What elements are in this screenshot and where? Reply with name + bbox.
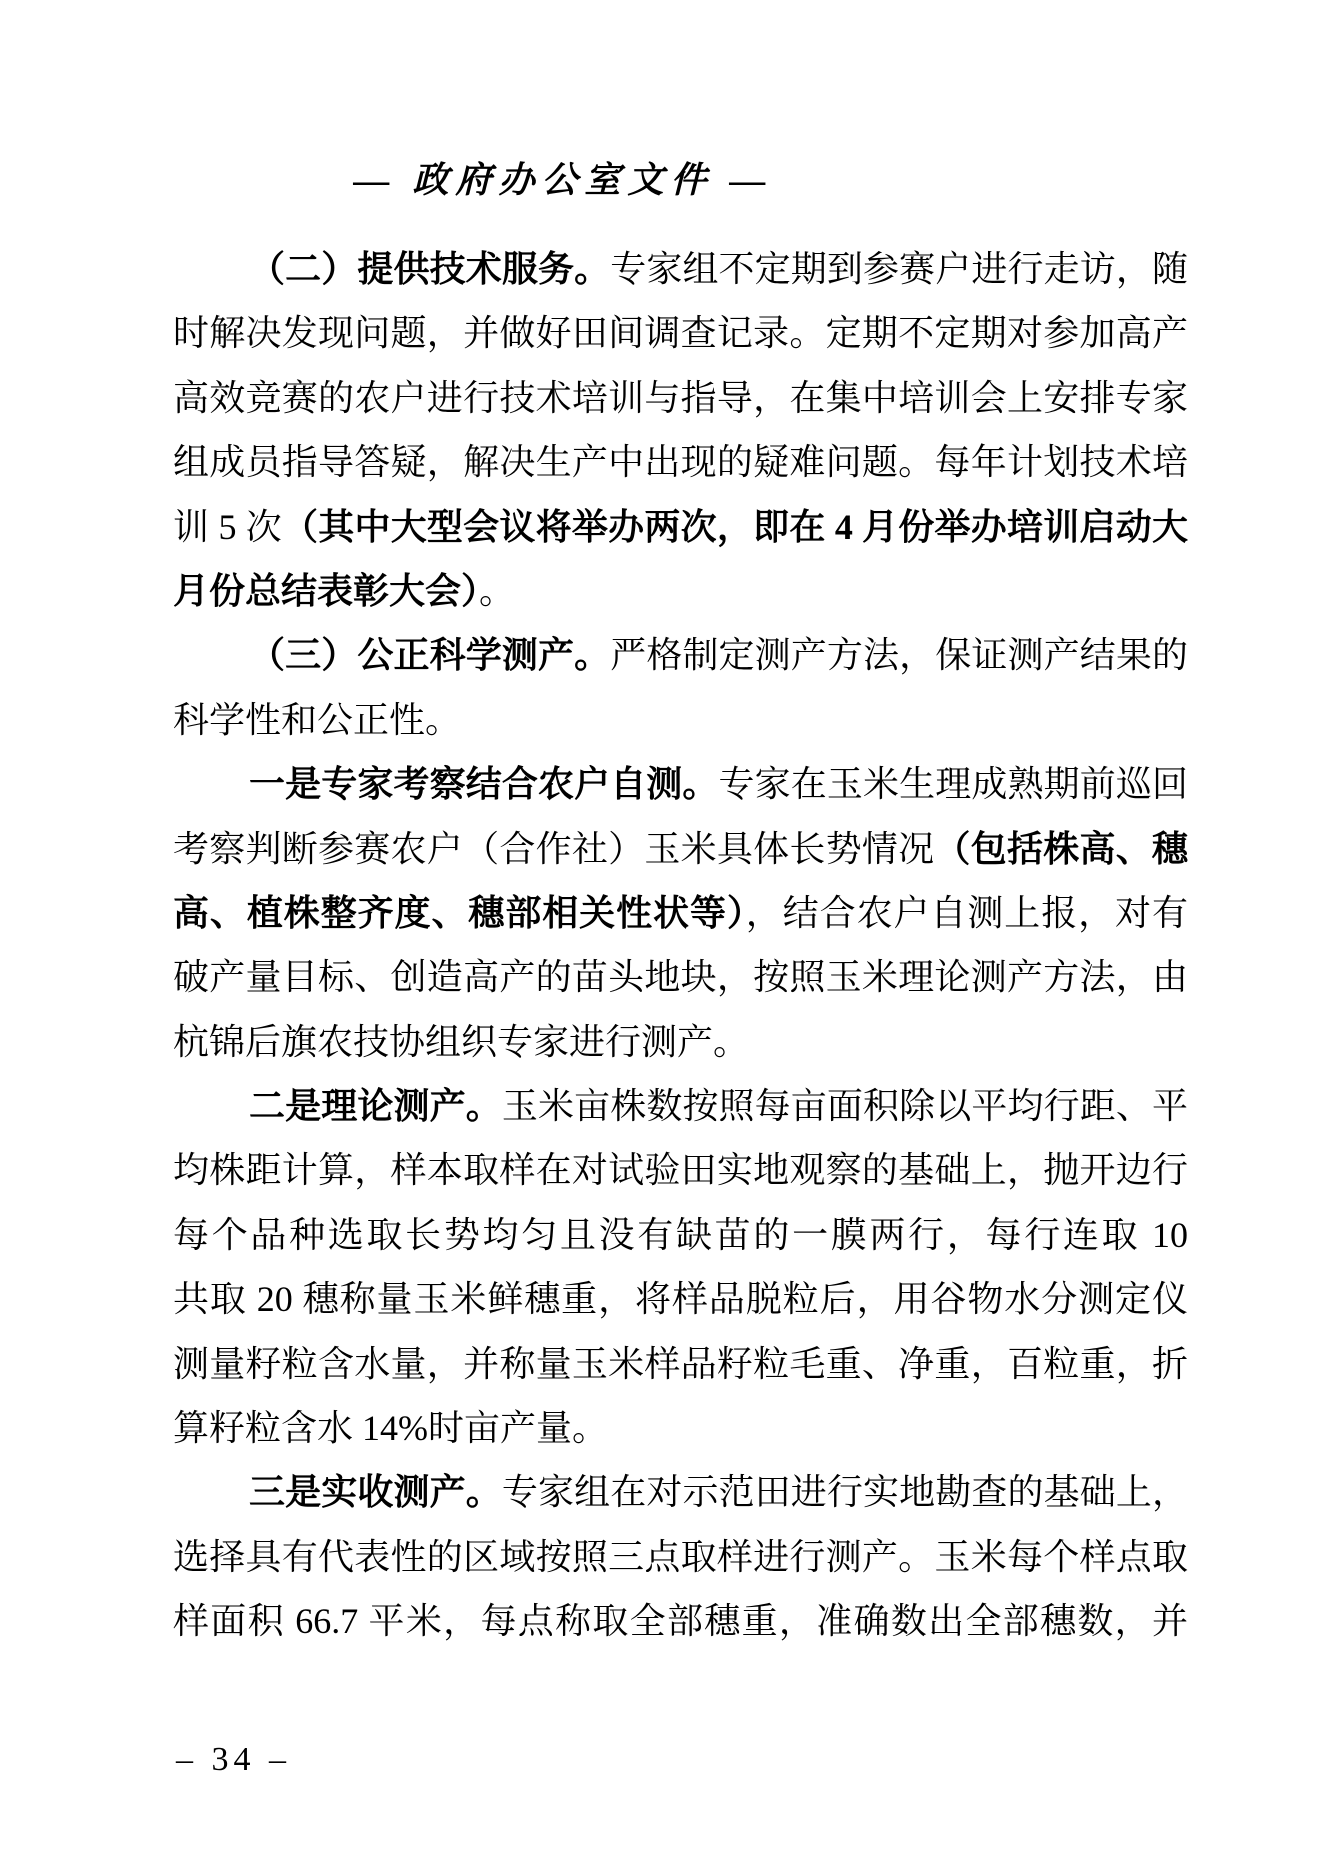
text-run: 选择具有代表性的区域按照三点取样进行测产。玉米每个样点取: [173, 1537, 1188, 1577]
text-run: 高效竞赛的农户进行技术培训与指导，在集中培训会上安排专家: [173, 378, 1188, 418]
page-number: – 34 –: [176, 1740, 291, 1780]
paragraph: （三）公正科学测产。严格制定测产方法，保证测产结果的科学性和公正性。: [173, 623, 1188, 752]
text-line: 高、植株整齐度、穗部相关性状等），结合农户自测上报，对有望突: [173, 881, 1188, 945]
text-run: 专家组不定期到参赛户进行走访，随: [610, 249, 1188, 289]
paragraph: 一是专家考察结合农户自测。专家在玉米生理成熟期前巡回考察判断参赛农户（合作社）玉…: [173, 752, 1188, 1074]
text-run: 样面积 66.7 平米，每点称取全部穗重，准确数出全部穗数，并: [173, 1601, 1188, 1641]
text-run: 考察判断参赛农户（合作社）玉米具体长势情况: [173, 829, 934, 869]
text-line: 破产量目标、创造高产的苗头地块，按照玉米理论测产方法，由: [173, 945, 1188, 1009]
text-line: 杭锦后旗农技协组织专家进行测产。: [173, 1010, 1188, 1074]
text-line: 每个品种选取长势均匀且没有缺苗的一膜两行，每行连取 10 穗，: [173, 1203, 1188, 1267]
text-run: 。: [479, 571, 515, 611]
text-line: 均株距计算，样本取样在对试验田实地观察的基础上，抛开边行: [173, 1138, 1188, 1202]
text-line: 月份总结表彰大会）。: [173, 559, 1188, 623]
paragraph: （二）提供技术服务。专家组不定期到参赛户进行走访，随时解决发现问题，并做好田间调…: [173, 237, 1188, 623]
text-line: 训 5 次（其中大型会议将举办两次，即在 4 月份举办培训启动大会和 11: [173, 495, 1188, 559]
text-line: （二）提供技术服务。专家组不定期到参赛户进行走访，随: [173, 237, 1188, 301]
paragraph: 三是实收测产。专家组在对示范田进行实地勘查的基础上，选择具有代表性的区域按照三点…: [173, 1460, 1188, 1653]
text-run: 二是理论测产。: [249, 1086, 502, 1126]
document-page: — 政府办公室文件 — （二）提供技术服务。专家组不定期到参赛户进行走访，随时解…: [0, 0, 1323, 1871]
text-line: 算籽粒含水 14%时亩产量。: [173, 1396, 1188, 1460]
text-run: 每个品种选取长势均匀且没有缺苗的一膜两行，每行连取 10 穗，: [173, 1215, 1188, 1267]
text-run: 高、植株整齐度、穗部相关性状等）: [173, 893, 746, 933]
text-run: 杭锦后旗农技协组织专家进行测产。: [173, 1022, 749, 1062]
text-run: 一是专家考察结合农户自测。: [249, 764, 719, 804]
text-run: （其中大型会议将举办两次，即在 4 月份举办培训启动大会和 11: [173, 507, 1188, 559]
text-run: 月份总结表彰大会）: [173, 571, 479, 611]
text-line: 二是理论测产。玉米亩株数按照每亩面积除以平均行距、平: [173, 1074, 1188, 1138]
text-line: 时解决发现问题，并做好田间调查记录。定期不定期对参加高产: [173, 301, 1188, 365]
text-line: 共取 20 穗称量玉米鲜穗重，将样品脱粒后，用谷物水分测定仪: [173, 1267, 1188, 1331]
text-line: 组成员指导答疑，解决生产中出现的疑难问题。每年计划技术培: [173, 430, 1188, 494]
text-line: 高效竞赛的农户进行技术培训与指导，在集中培训会上安排专家: [173, 366, 1188, 430]
document-body: （二）提供技术服务。专家组不定期到参赛户进行走访，随时解决发现问题，并做好田间调…: [173, 237, 1188, 1654]
text-run: （三）公正科学测产。: [249, 635, 610, 675]
text-run: 破产量目标、创造高产的苗头地块，按照玉米理论测产方法，由: [173, 957, 1188, 997]
text-line: 考察判断参赛农户（合作社）玉米具体长势情况（包括株高、穗位: [173, 817, 1188, 881]
text-run: 共取 20 穗称量玉米鲜穗重，将样品脱粒后，用谷物水分测定仪: [173, 1279, 1188, 1319]
text-run: 专家组在对示范田进行实地勘查的基础上，: [502, 1472, 1188, 1512]
text-run: 严格制定测产方法，保证测产结果的: [610, 635, 1188, 675]
text-line: 测量籽粒含水量，并称量玉米样品籽粒毛重、净重，百粒重，折: [173, 1332, 1188, 1396]
text-run: 算籽粒含水 14%时亩产量。: [173, 1408, 608, 1448]
text-line: 三是实收测产。专家组在对示范田进行实地勘查的基础上，: [173, 1460, 1188, 1524]
text-run: 训 5 次: [173, 507, 282, 547]
text-line: 样面积 66.7 平米，每点称取全部穗重，准确数出全部穗数，并: [173, 1589, 1188, 1653]
text-run: 时解决发现问题，并做好田间调查记录。定期不定期对参加高产: [173, 313, 1188, 353]
text-run: 专家在玉米生理成熟期前巡回: [719, 764, 1188, 804]
text-line: （三）公正科学测产。严格制定测产方法，保证测产结果的: [173, 623, 1188, 687]
text-run: 三是实收测产。: [249, 1472, 502, 1512]
text-run: 科学性和公正性。: [173, 700, 461, 740]
paragraph: 二是理论测产。玉米亩株数按照每亩面积除以平均行距、平均株距计算，样本取样在对试验…: [173, 1074, 1188, 1460]
text-run: 玉米亩株数按照每亩面积除以平均行距、平: [502, 1086, 1188, 1126]
text-run: 均株距计算，样本取样在对试验田实地观察的基础上，抛开边行: [173, 1150, 1188, 1190]
page-header: — 政府办公室文件 —: [0, 158, 1126, 202]
text-run: 测量籽粒含水量，并称量玉米样品籽粒毛重、净重，百粒重，折: [173, 1344, 1188, 1384]
text-run: （二）提供技术服务。: [249, 249, 610, 289]
text-line: 科学性和公正性。: [173, 688, 1188, 752]
text-line: 选择具有代表性的区域按照三点取样进行测产。玉米每个样点取: [173, 1525, 1188, 1589]
text-line: 一是专家考察结合农户自测。专家在玉米生理成熟期前巡回: [173, 752, 1188, 816]
text-run: 组成员指导答疑，解决生产中出现的疑难问题。每年计划技术培: [173, 442, 1188, 482]
